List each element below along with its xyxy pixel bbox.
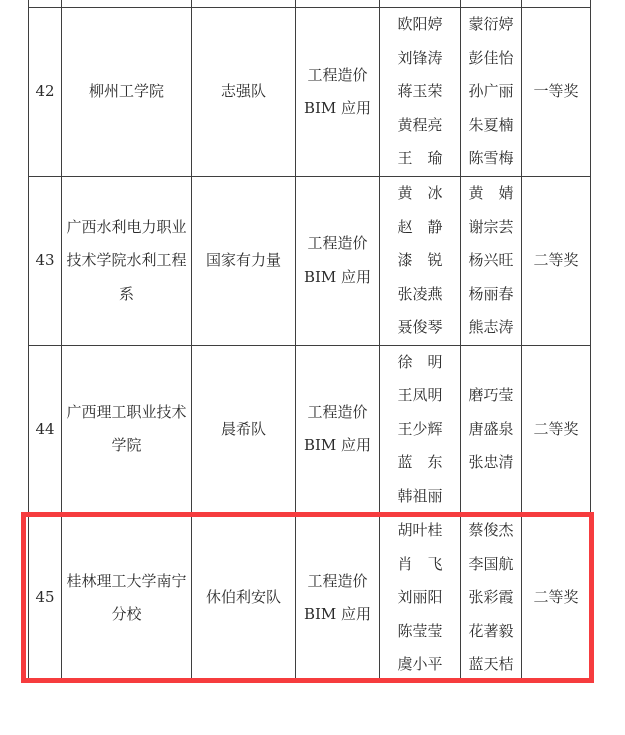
table-row: 42 柳州工学院 志强队 工程造价 BIM 应用 欧阳婷 刘锋涛 蒋玉荣 黄程亮… bbox=[29, 8, 591, 177]
cell-team-name: 晨希队 bbox=[192, 345, 296, 514]
cell-institution: 柳州工学院 bbox=[62, 8, 192, 177]
table-row-partial bbox=[29, 0, 591, 8]
cell-category: 工程造价 BIM 应用 bbox=[296, 8, 380, 177]
cell-empty bbox=[29, 0, 62, 8]
cell-award: 二等奖 bbox=[522, 177, 591, 346]
cell-award: 二等奖 bbox=[522, 514, 591, 683]
cell-members-primary: 胡叶桂 肖 飞 刘丽阳 陈莹莹 虞小平 bbox=[380, 514, 461, 683]
cell-team-name: 志强队 bbox=[192, 8, 296, 177]
cell-empty bbox=[380, 0, 461, 8]
cell-seq-number: 43 bbox=[29, 177, 62, 346]
cell-institution: 桂林理工大学南宁分校 bbox=[62, 514, 192, 683]
cell-institution: 广西水利电力职业技术学院水利工程系 bbox=[62, 177, 192, 346]
table-row-highlighted: 45 桂林理工大学南宁分校 休伯利安队 工程造价 BIM 应用 胡叶桂 肖 飞 … bbox=[29, 514, 591, 683]
cell-members-primary: 徐 明 王凤明 王少辉 蓝 东 韩祖丽 bbox=[380, 345, 461, 514]
cell-award: 二等奖 bbox=[522, 345, 591, 514]
cell-award: 一等奖 bbox=[522, 8, 591, 177]
cell-members-secondary: 磨巧莹 唐盛泉 张忠清 bbox=[461, 345, 522, 514]
cell-empty bbox=[461, 0, 522, 8]
document-page: 42 柳州工学院 志强队 工程造价 BIM 应用 欧阳婷 刘锋涛 蒋玉荣 黄程亮… bbox=[0, 0, 625, 735]
cell-institution: 广西理工职业技术学院 bbox=[62, 345, 192, 514]
cell-members-secondary: 蔡俊杰 李国航 张彩霞 花著毅 蓝天桔 bbox=[461, 514, 522, 683]
cell-empty bbox=[522, 0, 591, 8]
cell-category: 工程造价 BIM 应用 bbox=[296, 345, 380, 514]
cell-seq-number: 42 bbox=[29, 8, 62, 177]
cell-empty bbox=[296, 0, 380, 8]
cell-empty bbox=[62, 0, 192, 8]
table-row: 43 广西水利电力职业技术学院水利工程系 国家有力量 工程造价 BIM 应用 黄… bbox=[29, 177, 591, 346]
cell-members-primary: 黄 冰 赵 静 漆 锐 张凌燕 聂俊琴 bbox=[380, 177, 461, 346]
cell-members-secondary: 蒙衍婷 彭佳怡 孙广丽 朱夏楠 陈雪梅 bbox=[461, 8, 522, 177]
cell-team-name: 国家有力量 bbox=[192, 177, 296, 346]
cell-members-secondary: 黄 婧 谢宗芸 杨兴旺 杨丽春 熊志涛 bbox=[461, 177, 522, 346]
award-table: 42 柳州工学院 志强队 工程造价 BIM 应用 欧阳婷 刘锋涛 蒋玉荣 黄程亮… bbox=[28, 0, 591, 683]
table-row: 44 广西理工职业技术学院 晨希队 工程造价 BIM 应用 徐 明 王凤明 王少… bbox=[29, 345, 591, 514]
cell-team-name: 休伯利安队 bbox=[192, 514, 296, 683]
cell-empty bbox=[192, 0, 296, 8]
cell-category: 工程造价 BIM 应用 bbox=[296, 177, 380, 346]
cell-seq-number: 45 bbox=[29, 514, 62, 683]
cell-seq-number: 44 bbox=[29, 345, 62, 514]
cell-category: 工程造价 BIM 应用 bbox=[296, 514, 380, 683]
cell-members-primary: 欧阳婷 刘锋涛 蒋玉荣 黄程亮 王 瑜 bbox=[380, 8, 461, 177]
